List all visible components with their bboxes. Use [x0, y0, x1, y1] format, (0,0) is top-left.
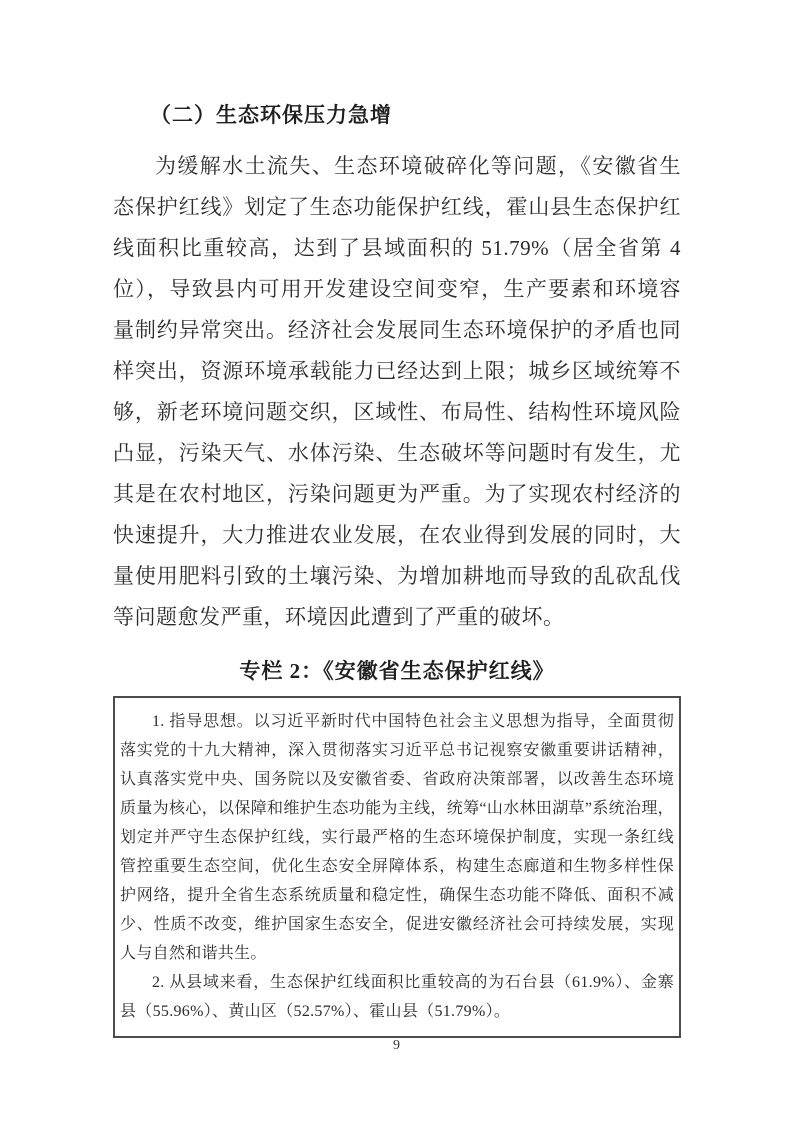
callout-title: 专栏 2：《安徽省生态保护红线》 [113, 657, 681, 685]
section-heading: （二）生态环保压力急增 [113, 101, 681, 130]
document-page: （二）生态环保压力急增 为缓解水土流失、生态环境破碎化等问题，《安徽省生态保护红… [0, 0, 793, 1122]
page-number: 9 [0, 1037, 793, 1055]
callout-paragraph: 1. 指导思想。以习近平新时代中国特色社会主义思想为指导，全面贯彻落实党的十九大… [120, 707, 674, 968]
page-content: （二）生态环保压力急增 为缓解水土流失、生态环境破碎化等问题，《安徽省生态保护红… [113, 101, 681, 1038]
callout-paragraph: 2. 从县域来看，生态保护红线面积比重较高的为石台县（61.9%）、金寨县（55… [120, 968, 674, 1026]
callout-box: 1. 指导思想。以习近平新时代中国特色社会主义思想为指导，全面贯彻落实党的十九大… [113, 696, 681, 1038]
body-paragraph: 为缓解水土流失、生态环境破碎化等问题，《安徽省生态保护红线》划定了生态功能保护红… [113, 146, 681, 638]
